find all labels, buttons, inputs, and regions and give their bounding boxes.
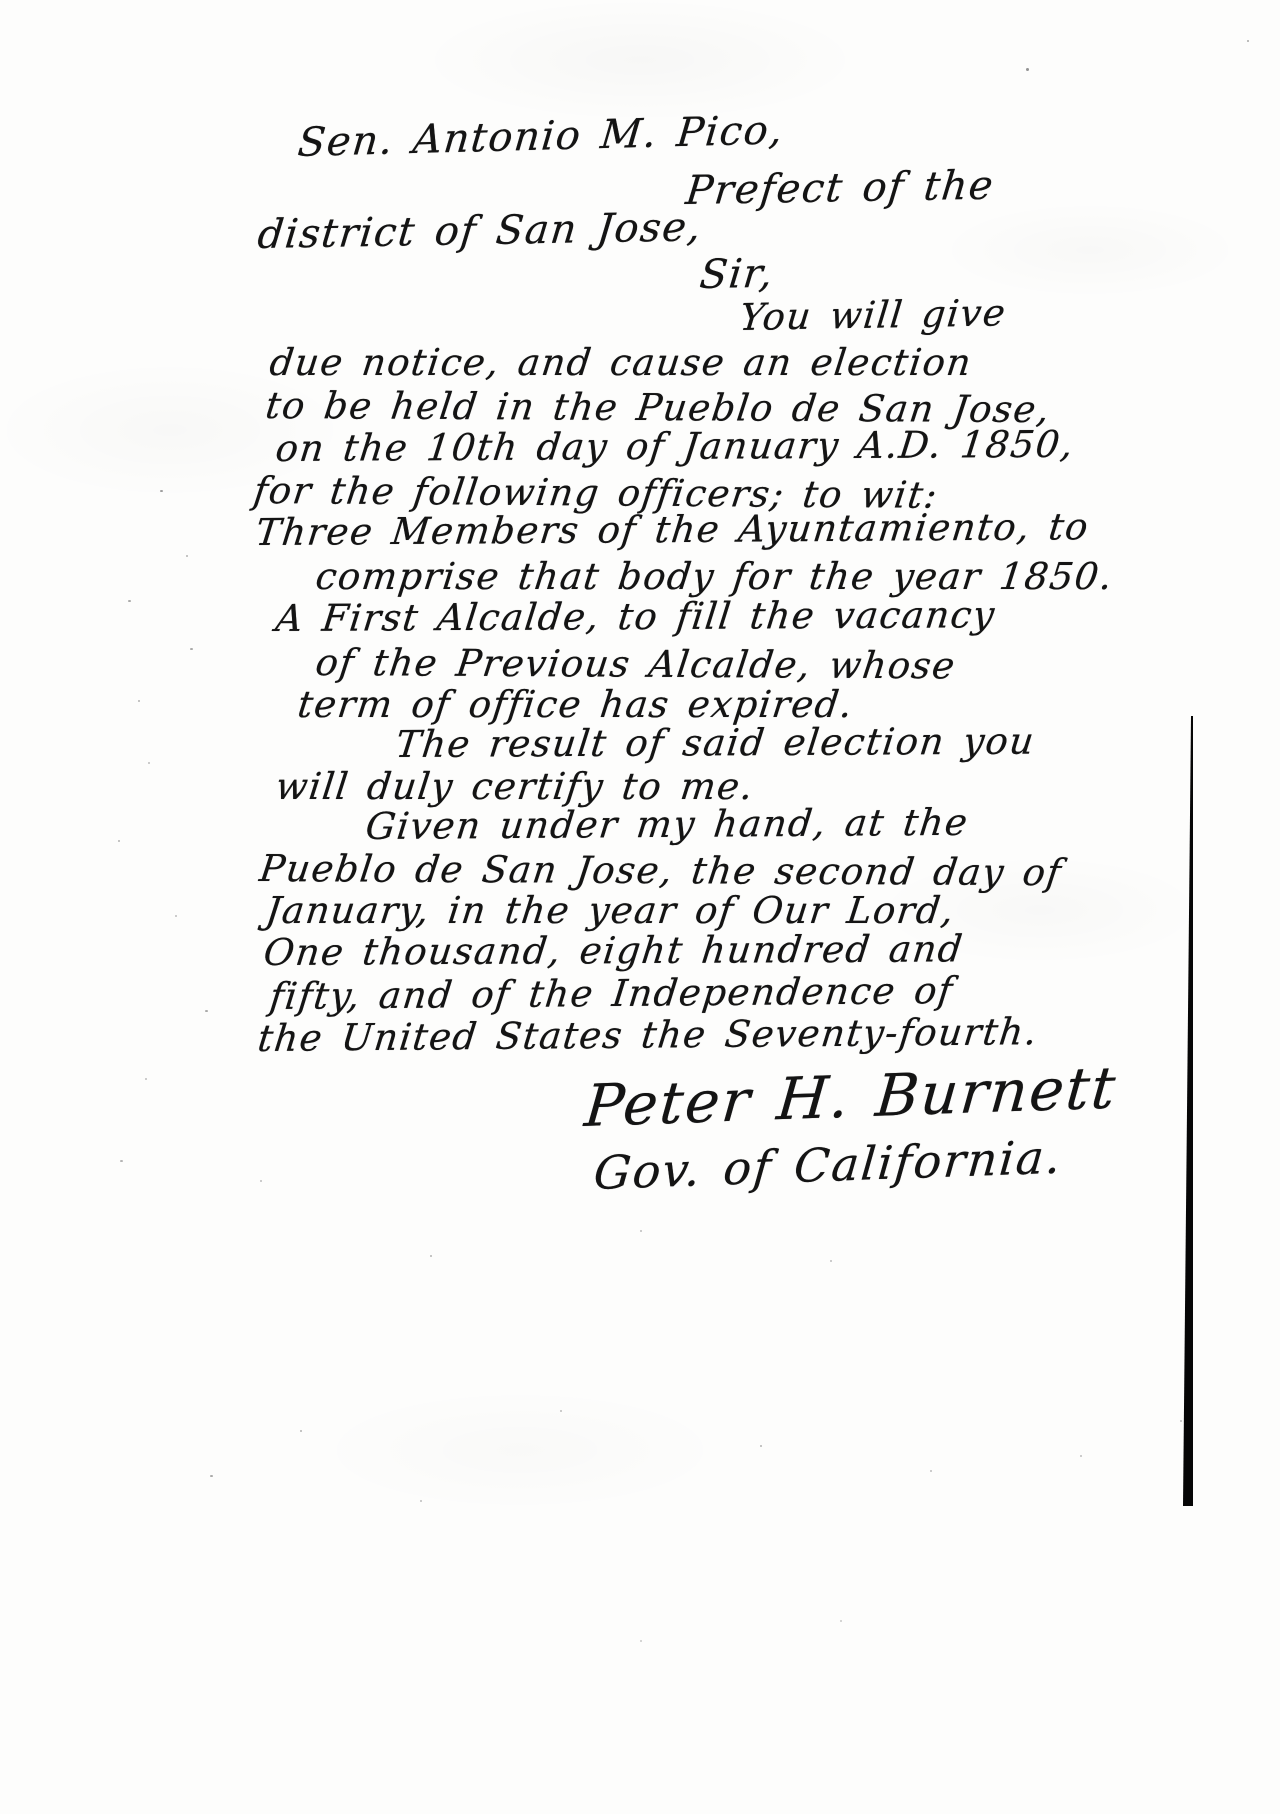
signature-name: Peter H. Burnett — [582, 1054, 1120, 1140]
scan-speck — [118, 840, 120, 842]
binding-edge-line — [1183, 716, 1193, 1506]
body-line: Pueblo de San Jose, the second day of — [257, 847, 1064, 894]
scan-speck — [640, 1230, 642, 1232]
body-line: the United States the Seventy-fourth. — [256, 1010, 1041, 1060]
body-line: One thousand, eight hundred and — [261, 927, 965, 974]
scan-speck — [930, 1470, 932, 1472]
body-line: You will give — [738, 291, 1009, 339]
scan-speck — [430, 1255, 432, 1257]
scan-speck — [145, 1078, 147, 1080]
scan-speck — [186, 555, 188, 557]
body-line: The result of said election you — [393, 720, 1037, 766]
body-line: January, in the year of Our Lord, — [263, 889, 957, 932]
scan-speck — [420, 1500, 422, 1502]
body-line: A First Alcalde, to fill the vacancy — [273, 593, 997, 640]
scan-speck — [1080, 1455, 1082, 1457]
scan-speck — [760, 1445, 762, 1447]
scan-speck — [148, 762, 150, 764]
body-line: Given under my hand, at the — [364, 801, 971, 848]
signature-title: Gov. of California. — [592, 1130, 1065, 1200]
scan-speck — [260, 1180, 262, 1182]
body-line: on the 10th day of January A.D. 1850, — [273, 423, 1076, 470]
body-line: due notice, and cause an election — [267, 341, 974, 384]
addressee-line-2: Prefect of the — [684, 163, 997, 214]
body-line: Three Members of the Ayuntamiento, to — [254, 505, 1092, 554]
scan-speck — [560, 1410, 562, 1412]
scan-speck — [120, 1160, 123, 1162]
body-line: will duly certify to me. — [273, 765, 756, 808]
body-line: of the Previous Alcalde, whose — [313, 641, 958, 687]
scan-speck — [300, 1430, 302, 1432]
scan-speck — [640, 1640, 642, 1642]
scan-speck — [175, 915, 177, 917]
scan-speck — [1026, 68, 1029, 71]
addressee-line-1: Sen. Antonio M. Pico, — [296, 107, 786, 166]
scan-speck — [128, 600, 131, 602]
scan-speck — [840, 1620, 842, 1622]
scan-speck — [830, 1260, 832, 1262]
salutation: Sir, — [698, 251, 777, 298]
scan-speck — [1180, 1420, 1182, 1422]
scan-speck — [190, 648, 193, 650]
scan-speck — [138, 700, 140, 702]
scan-speck — [205, 1010, 208, 1012]
body-line: term of office has expired. — [295, 683, 856, 726]
addressee-line-3: district of San Jose, — [256, 204, 705, 258]
body-line: fifty, and of the Independence of — [268, 969, 956, 1018]
scan-speck — [160, 490, 163, 492]
body-line: comprise that body for the year 1850. — [313, 555, 1115, 598]
scan-speck — [1247, 40, 1249, 42]
scanned-letter-page: Sen. Antonio M. Pico, Prefect of the dis… — [0, 0, 1280, 1814]
scan-speck — [210, 1475, 213, 1477]
